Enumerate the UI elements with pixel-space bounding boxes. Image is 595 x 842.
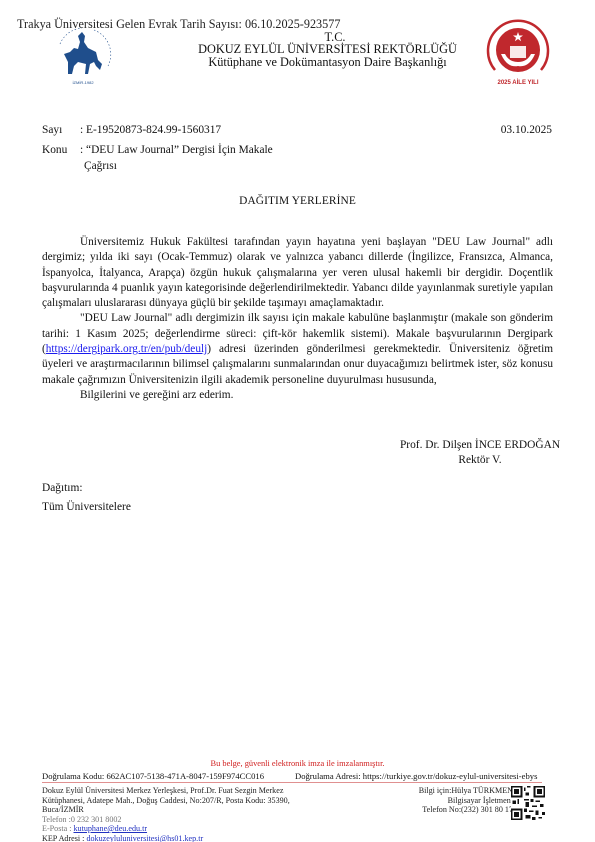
kep-link[interactable]: dokuzeyluluniversitesi@hs01.kep.tr [86, 834, 203, 842]
footer-divider [42, 782, 542, 783]
paragraph-2: "DEU Law Journal" adlı dergimizin ilk sa… [42, 311, 553, 387]
svg-text:İZMİR-1982: İZMİR-1982 [72, 80, 94, 85]
footer-phone: Telefon :0 232 301 8002 [42, 815, 290, 825]
footer-email-row: E-Posta : kutuphane@deu.edu.tr [42, 824, 290, 834]
signatory-title: Rektör V. [380, 453, 580, 468]
family-year-logo-icon: 2025 AİLE YILI [483, 18, 553, 88]
verification-address: Doğrulama Adresi: https://turkiye.gov.tr… [295, 771, 537, 781]
distribution-value: Tüm Üniversitelere [42, 498, 131, 517]
address-line-1: Dokuz Eylül Üniversitesi Merkez Yerleşke… [42, 786, 290, 796]
subject-label: Konu [42, 144, 67, 156]
distribution-label: Dağıtım: [42, 479, 131, 498]
letter-body: Üniversitemiz Hukuk Fakültesi tarafından… [42, 235, 553, 403]
distribution-heading: DAĞITIM YERLERİNE [0, 195, 595, 207]
svg-text:2025 AİLE YILI: 2025 AİLE YILI [497, 79, 538, 86]
esign-notice: Bu belge, güvenli elektronik imza ile im… [0, 759, 595, 768]
contact-phone: Telefon No:(232) 301 80 17 [419, 805, 513, 815]
footer-contact-block: Bilgi için:Hülya TÜRKMEN Bilgisayar İşle… [419, 786, 513, 815]
dergipark-link[interactable]: https://dergipark.org.tr/en/pub/deulj [46, 343, 207, 355]
closing-line: Bilgilerini ve gereğini arz ederim. [42, 388, 553, 403]
signatory-name: Prof. Dr. Dilşen İNCE ERDOĞAN [380, 438, 580, 453]
signature-block: Prof. Dr. Dilşen İNCE ERDOĞAN Rektör V. [380, 438, 580, 468]
qr-code-icon [511, 786, 545, 820]
address-line-3: Buca/İZMİR [42, 805, 290, 815]
footer-kep-row: KEP Adresi : dokuzeyluluniversitesi@hs01… [42, 834, 290, 842]
paragraph-1: Üniversitemiz Hukuk Fakültesi tarafından… [42, 235, 553, 311]
verification-code: Doğrulama Kodu: 662AC107-5138-471A-8047-… [42, 771, 264, 781]
number-label: Sayı [42, 124, 62, 136]
number-value: : E-19520873-824.99-1560317 [80, 124, 221, 136]
footer-address-block: Dokuz Eylül Üniversitesi Merkez Yerleşke… [42, 786, 290, 842]
verification-row: Doğrulama Kodu: 662AC107-5138-471A-8047-… [42, 771, 264, 781]
document-date: 03.10.2025 [501, 124, 552, 136]
subject-value: : “DEU Law Journal” Dergisi İçin Makale [80, 144, 273, 156]
subject-row: Konu : “DEU Law Journal” Dergisi İçin Ma… [0, 144, 595, 158]
email-link[interactable]: kutuphane@deu.edu.tr [73, 824, 147, 833]
address-line-2: Kütüphanesi, Adatepe Mah., Doğuş Caddesi… [42, 796, 290, 806]
contact-name: Bilgi için:Hülya TÜRKMEN [419, 786, 513, 796]
subject-value-continued: Çağrısı [84, 160, 117, 172]
distribution-block: Dağıtım: Tüm Üniversitelere [42, 479, 131, 517]
contact-role: Bilgisayar İşletmeni [419, 796, 513, 806]
